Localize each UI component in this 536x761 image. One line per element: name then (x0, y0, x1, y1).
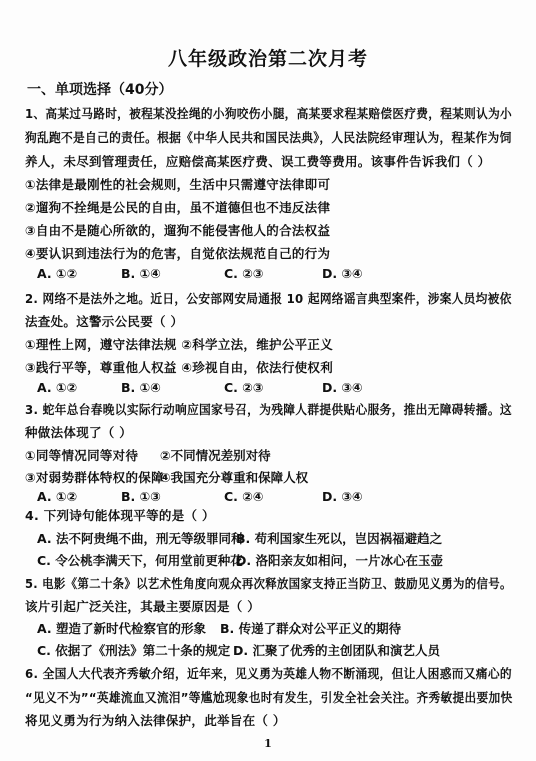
q2-statement-3-4: ③践行平等，尊重他人权益 ④珍视自由，依法行使权利 (25, 358, 333, 376)
page-title: 八年级政治第二次月考 (0, 44, 536, 71)
q5-stem-line-2: 该片引起广泛关注，其最主要原因是（ ） (25, 597, 260, 615)
exam-page: 八年级政治第二次月考 一、单项选择（40分） 1、高某过马路时，被程某没拴绳的小… (0, 0, 536, 761)
q5-option-b: B. 传递了群众对公平正义的期待 (220, 619, 401, 637)
q1-option-a: A. ①② (37, 266, 77, 281)
q3-statement-2: ②不同情况差别对待 (160, 446, 271, 464)
q2-option-c: C. ②③ (224, 380, 263, 395)
q1-statement-4: ④要认识到违法行为的危害，自觉依法规范自己的行为 (25, 244, 330, 262)
q3-option-a: A. ①② (37, 489, 77, 504)
q5-option-c: C. 依据了《刑法》第二十条的规定 (37, 641, 230, 659)
q2-option-b: B. ①④ (121, 380, 161, 395)
q5-stem-line-1: 5. 电影《第二十条》以艺术性角度向观众再次释放国家支持正当防卫、鼓励见义勇为的… (25, 574, 512, 592)
section-heading: 一、单项选择（40分） (27, 79, 172, 99)
q1-statement-1: ①法律是最刚性的社会规则，生活中只需遵守法律即可 (25, 175, 330, 193)
q1-option-b: B. ①④ (121, 266, 161, 281)
q1-statement-3: ③自由不是随心所欲的，遛狗不能侵害他人的合法权益 (25, 221, 330, 239)
q2-option-d: D. ③④ (322, 380, 363, 395)
q3-stem-line-2: 种做法体现了（ ） (25, 423, 132, 441)
q4-option-d: D. 洛阳亲友如相问，一片冰心在玉壶 (236, 551, 443, 569)
q2-option-a: A. ①② (37, 380, 77, 395)
q2-stem-line-1: 2. 网络不是法外之地。近日，公安部网安局通报 10 起网络谣言典型案件，涉案人… (25, 289, 512, 307)
q5-option-d: D. 汇聚了优秀的主创团队和演艺人员 (233, 641, 440, 659)
q1-stem-line-2: 狗乱跑不是自己的责任。根据《中华人民共和国民法典》，人民法院经审理认为，程某作为… (25, 128, 512, 146)
q1-stem-line-1: 1、高某过马路时，被程某没拴绳的小狗咬伤小腿，高某要求程某赔偿医疗费，程某则认为… (25, 104, 512, 122)
q3-statement-4: ④我国充分尊重和保障人权 (160, 468, 308, 486)
q2-statement-1-2: ①理性上网，遵守法律法规 ②科学立法，维护公平正义 (25, 335, 333, 353)
q4-stem: 4. 下列诗句能体现平等的是（ ） (25, 506, 215, 524)
q4-option-a: A. 法不阿贵绳不曲，刑无等级罪同科 (37, 529, 244, 547)
q1-option-d: D. ③④ (322, 266, 363, 281)
q4-option-b: B. 苟利国家生死以，岂因祸福避趋之 (236, 529, 442, 547)
q6-stem-line-1: 6. 全国人大代表齐秀敏介绍，近年来，见义勇为英雄人物不断涌现，但让人困惑而又痛… (25, 664, 512, 682)
q1-statement-2: ②遛狗不拴绳是公民的自由，虽不道德但也不违反法律 (25, 198, 330, 216)
q3-statement-3: ③对弱势群体特权的保障 (25, 468, 164, 486)
q2-stem-line-2: 法查处。这警示公民要（ ） (25, 312, 183, 330)
q3-option-b: B. ①③ (121, 489, 161, 504)
q1-stem-line-3: 养人，未尽到管理责任，应赔偿高某医疗费、误工费等费用。该事件告诉我们（ ） (25, 152, 490, 170)
q3-option-d: D. ③④ (322, 489, 363, 504)
q4-option-c: C. 令公桃李满天下，何用堂前更种花 (37, 551, 243, 569)
q3-statement-1: ①同等情况同等对待 (25, 446, 138, 464)
page-number: 1 (0, 737, 536, 750)
q6-stem-line-2: “见义不为”“英雄流血又流泪”等尴尬现象也时有发生，引发全社会关注。齐秀敏提出要… (25, 688, 512, 706)
q1-option-c: C. ②③ (224, 266, 263, 281)
q3-stem-line-1: 3. 蛇年总台春晚以实际行动响应国家号召，为残障人群提供贴心服务，推出无障碍转播… (25, 400, 512, 418)
q3-option-c: C. ②④ (224, 489, 263, 504)
q6-stem-line-3: 将见义勇为行为纳入法律保护，此举旨在（ ） (25, 711, 286, 729)
q5-option-a: A. 塑造了新时代检察官的形象 (37, 619, 206, 637)
